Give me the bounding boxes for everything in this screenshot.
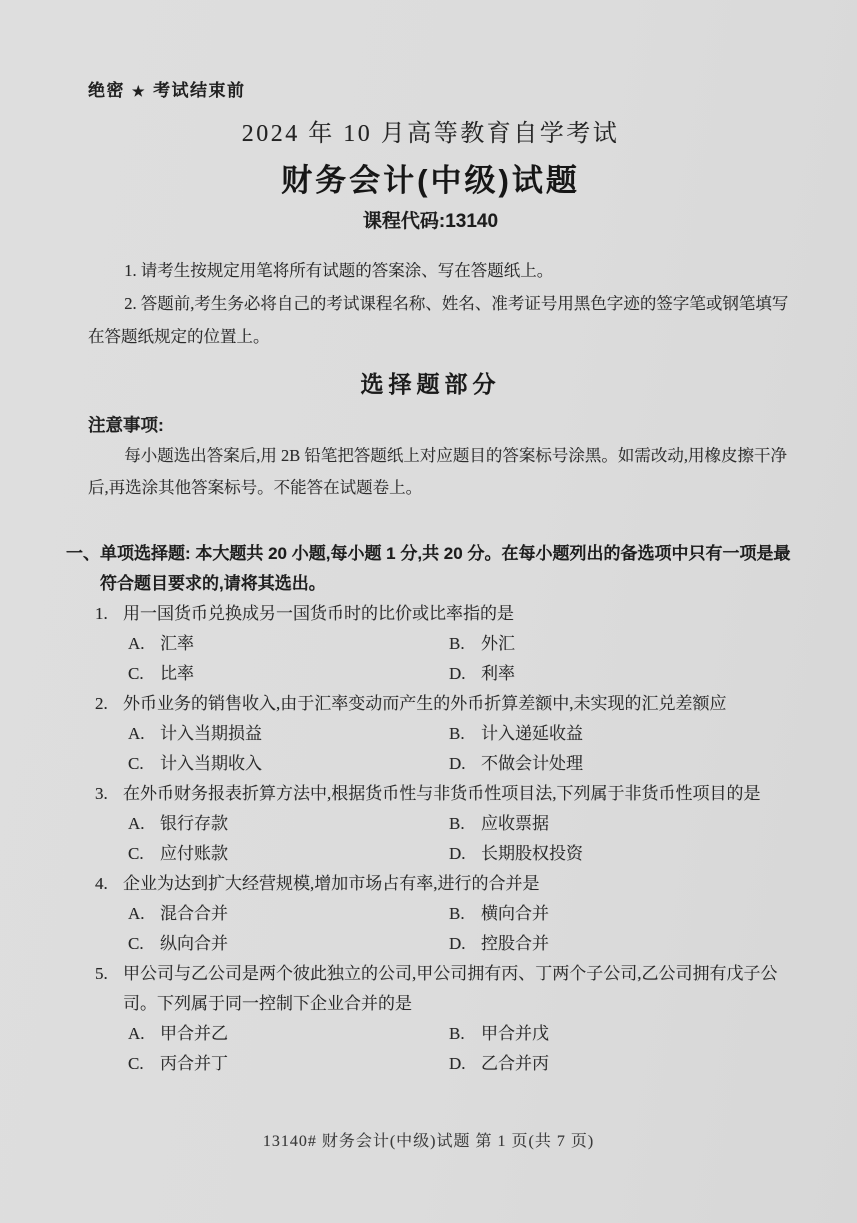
question-block: 1. 用一国货币兑换成另一国货币时的比价或比率指的是 A.汇率 B.外汇 C.比… (95, 599, 795, 689)
option: A.混合合并 (128, 899, 449, 929)
classification-prefix: 绝密 (88, 81, 125, 100)
part-one-heading: 一、 单项选择题: 本大题共 20 小题,每小题 1 分,共 20 分。在每小题… (66, 539, 795, 599)
question-number: 3. (95, 779, 123, 809)
option-label: B. (449, 809, 481, 839)
question-options: A.甲合并乙 B.甲合并戊 C.丙合并丁 D.乙合并丙 (128, 1019, 795, 1079)
option-text: 银行存款 (160, 809, 228, 839)
question-block: 3. 在外币财务报表折算方法中,根据货币性与非货币性项目法,下列属于非货币性项目… (95, 779, 795, 869)
option-text: 甲合并乙 (160, 1019, 228, 1049)
option-label: C. (128, 929, 160, 959)
part-one-text: 单项选择题: 本大题共 20 小题,每小题 1 分,共 20 分。在每小题列出的… (100, 539, 795, 599)
option-label: C. (128, 839, 160, 869)
question-block: 4. 企业为达到扩大经营规模,增加市场占有率,进行的合并是 A.混合合并 B.横… (95, 869, 795, 959)
option-label: B. (449, 629, 481, 659)
question-stem: 1. 用一国货币兑换成另一国货币时的比价或比率指的是 (95, 599, 795, 629)
question-options: A.计入当期损益 B.计入递延收益 C.计入当期收入 D.不做会计处理 (128, 719, 795, 779)
option-label: D. (449, 839, 481, 869)
option-text: 混合合并 (160, 899, 228, 929)
option: B.计入递延收益 (449, 719, 795, 749)
option-label: D. (449, 1049, 481, 1079)
option: D.控股合并 (449, 929, 795, 959)
question-list: 1. 用一国货币兑换成另一国货币时的比价或比率指的是 A.汇率 B.外汇 C.比… (95, 599, 795, 1079)
exam-paper-page: 绝密★考试结束前 2024 年 10 月高等教育自学考试 财务会计(中级)试题 … (0, 0, 857, 1223)
question-stem: 2. 外币业务的销售收入,由于汇率变动而产生的外币折算差额中,未实现的汇兑差额应 (95, 689, 795, 719)
option-label: C. (128, 1049, 160, 1079)
notice-body: 每小题选出答案后,用 2B 铅笔把答题纸上对应题目的答案标号涂黑。如需改动,用橡… (88, 440, 795, 504)
question-text: 在外币财务报表折算方法中,根据货币性与非货币性项目法,下列属于非货币性项目的是 (123, 779, 795, 809)
option-label: C. (128, 659, 160, 689)
part-one-label: 一、 (66, 539, 100, 599)
option: D.长期股权投资 (449, 839, 795, 869)
question-stem: 5. 甲公司与乙公司是两个彼此独立的公司,甲公司拥有丙、丁两个子公司,乙公司拥有… (95, 959, 795, 1019)
question-options: A.银行存款 B.应收票据 C.应付账款 D.长期股权投资 (128, 809, 795, 869)
option: C.纵向合并 (128, 929, 449, 959)
option-text: 利率 (481, 659, 515, 689)
question-text: 甲公司与乙公司是两个彼此独立的公司,甲公司拥有丙、丁两个子公司,乙公司拥有戊子公… (123, 959, 795, 1019)
question-options: A.混合合并 B.横向合并 C.纵向合并 D.控股合并 (128, 899, 795, 959)
question-block: 2. 外币业务的销售收入,由于汇率变动而产生的外币折算差额中,未实现的汇兑差额应… (95, 689, 795, 779)
option: B.甲合并戊 (449, 1019, 795, 1049)
option-text: 应收票据 (481, 809, 549, 839)
option-text: 控股合并 (481, 929, 549, 959)
question-number: 5. (95, 959, 123, 1019)
option-label: C. (128, 749, 160, 779)
option: C.丙合并丁 (128, 1049, 449, 1079)
question-options: A.汇率 B.外汇 C.比率 D.利率 (128, 629, 795, 689)
option-label: D. (449, 929, 481, 959)
classification-suffix: 考试结束前 (153, 81, 246, 100)
option-text: 外汇 (481, 629, 515, 659)
option: A.汇率 (128, 629, 449, 659)
option: A.甲合并乙 (128, 1019, 449, 1049)
question-text: 企业为达到扩大经营规模,增加市场占有率,进行的合并是 (123, 869, 795, 899)
option-label: D. (449, 749, 481, 779)
option: A.银行存款 (128, 809, 449, 839)
option-label: A. (128, 899, 160, 929)
question-stem: 4. 企业为达到扩大经营规模,增加市场占有率,进行的合并是 (95, 869, 795, 899)
option-label: A. (128, 719, 160, 749)
notice-heading: 注意事项: (88, 410, 795, 440)
option: B.横向合并 (449, 899, 795, 929)
option: D.不做会计处理 (449, 749, 795, 779)
option: B.外汇 (449, 629, 795, 659)
option: C.应付账款 (128, 839, 449, 869)
option-label: B. (449, 1019, 481, 1049)
option-label: A. (128, 1019, 160, 1049)
option-text: 不做会计处理 (481, 749, 583, 779)
option: A.计入当期损益 (128, 719, 449, 749)
question-number: 4. (95, 869, 123, 899)
option: B.应收票据 (449, 809, 795, 839)
instruction-item: 2. 答题前,考生务必将自己的考试课程名称、姓名、准考证号用黑色字迹的签字笔或钢… (88, 287, 795, 353)
question-text: 用一国货币兑换成另一国货币时的比价或比率指的是 (123, 599, 795, 629)
instruction-item: 1. 请考生按规定用笔将所有试题的答案涂、写在答题纸上。 (88, 254, 795, 287)
page-footer: 13140# 财务会计(中级)试题 第 1 页(共 7 页) (0, 1128, 857, 1151)
question-stem: 3. 在外币财务报表折算方法中,根据货币性与非货币性项目法,下列属于非货币性项目… (95, 779, 795, 809)
star-icon: ★ (125, 83, 153, 99)
course-code: 课程代码:13140 (66, 206, 795, 233)
question-number: 1. (95, 599, 123, 629)
option-text: 计入当期损益 (160, 719, 262, 749)
option-text: 乙合并丙 (481, 1049, 549, 1079)
option-text: 横向合并 (481, 899, 549, 929)
option-text: 纵向合并 (160, 929, 228, 959)
option-text: 长期股权投资 (481, 839, 583, 869)
option-text: 计入当期收入 (160, 749, 262, 779)
option-label: A. (128, 809, 160, 839)
classification-banner: 绝密★考试结束前 (88, 76, 795, 101)
notice: 注意事项: 每小题选出答案后,用 2B 铅笔把答题纸上对应题目的答案标号涂黑。如… (88, 410, 795, 504)
question-block: 5. 甲公司与乙公司是两个彼此独立的公司,甲公司拥有丙、丁两个子公司,乙公司拥有… (95, 959, 795, 1079)
question-text: 外币业务的销售收入,由于汇率变动而产生的外币折算差额中,未实现的汇兑差额应 (123, 689, 795, 719)
option-text: 甲合并戊 (481, 1019, 549, 1049)
option-label: B. (449, 899, 481, 929)
option-text: 丙合并丁 (160, 1049, 228, 1079)
option-text: 应付账款 (160, 839, 228, 869)
option: C.计入当期收入 (128, 749, 449, 779)
question-number: 2. (95, 689, 123, 719)
option-text: 比率 (160, 659, 194, 689)
option: D.利率 (449, 659, 795, 689)
option-label: B. (449, 719, 481, 749)
option: C.比率 (128, 659, 449, 689)
exam-session-title: 2024 年 10 月高等教育自学考试 (66, 113, 795, 148)
option-label: D. (449, 659, 481, 689)
general-instructions: 1. 请考生按规定用笔将所有试题的答案涂、写在答题纸上。 2. 答题前,考生务必… (88, 254, 795, 353)
option: D.乙合并丙 (449, 1049, 795, 1079)
option-text: 计入递延收益 (481, 719, 583, 749)
option-text: 汇率 (160, 629, 194, 659)
option-label: A. (128, 629, 160, 659)
exam-title: 财务会计(中级)试题 (66, 155, 795, 200)
section-title: 选择题部分 (66, 366, 795, 399)
